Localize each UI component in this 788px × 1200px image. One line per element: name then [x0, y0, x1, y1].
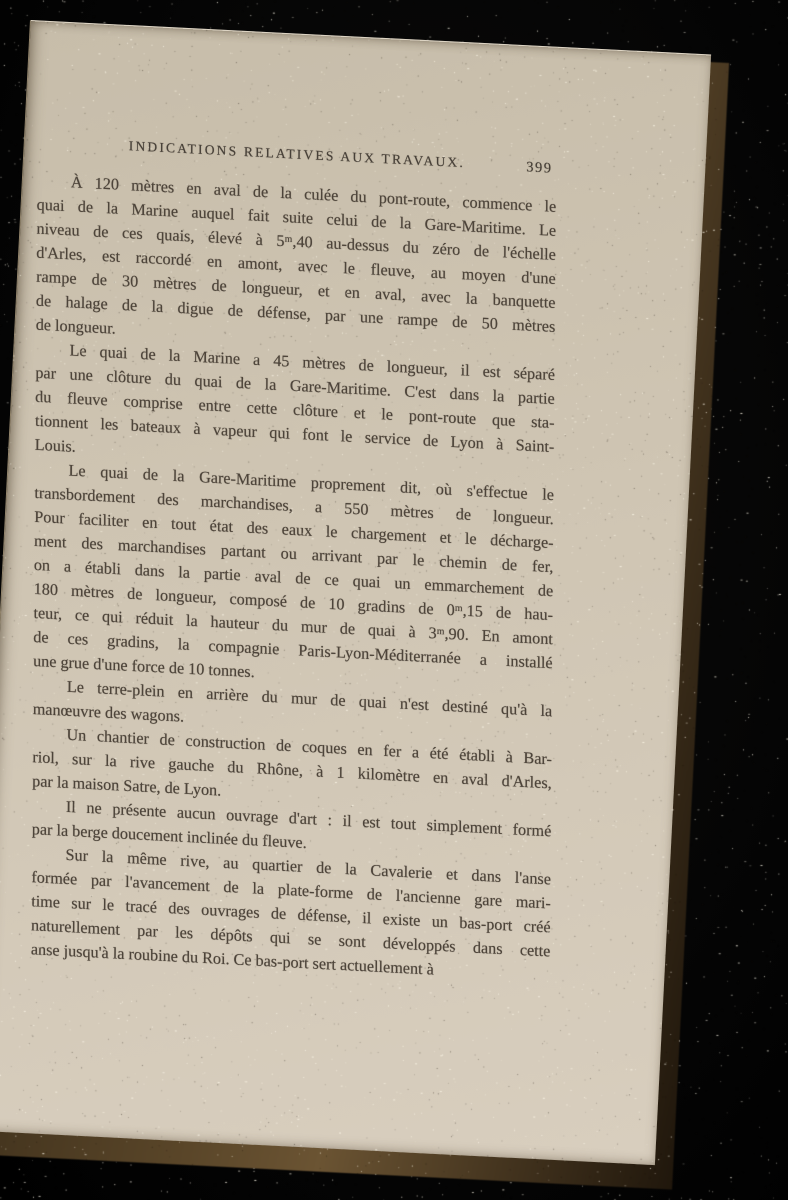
paragraph: À 120 mètres en aval de la culée du pont…: [36, 169, 557, 363]
book-page: INDICATIONS RELATIVES AUX TRAVAUX. 399 À…: [0, 20, 711, 1165]
page-content: INDICATIONS RELATIVES AUX TRAVAUX. 399 À…: [31, 134, 557, 988]
paragraph: Le quai de la Gare-Maritime proprement d…: [33, 457, 554, 699]
text-block: À 120 mètres en aval de la culée du pont…: [31, 169, 557, 988]
header-title: INDICATIONS RELATIVES AUX TRAVAUX.: [129, 138, 465, 170]
scan-background: INDICATIONS RELATIVES AUX TRAVAUX. 399 À…: [0, 0, 788, 1200]
paragraph: Sur la même rive, au quartier de la Cava…: [31, 841, 551, 987]
page-number: 399: [526, 159, 552, 177]
